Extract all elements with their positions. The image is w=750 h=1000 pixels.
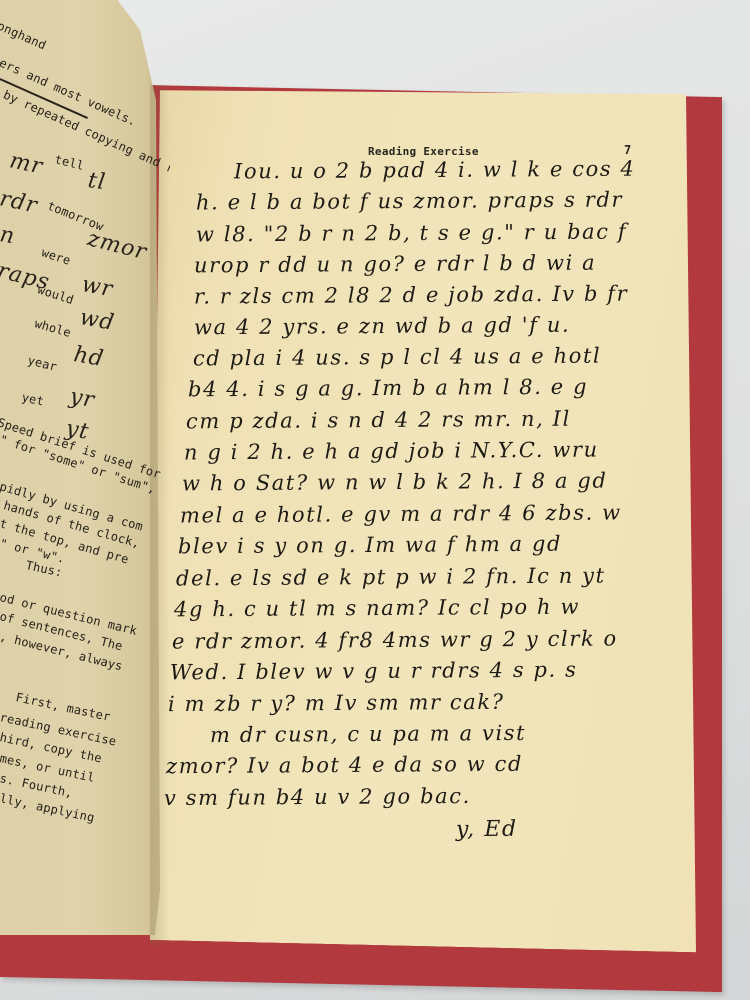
signoff-line: y, Ed [456, 817, 518, 842]
shorthand-word: mr [7, 148, 45, 179]
open-book: onghanders and most vowels.by repeated c… [0, 0, 750, 1000]
handwritten-line: h. e l b a bot f us zmor. praps s rdr [196, 188, 623, 215]
shorthand-word: hd [72, 342, 106, 372]
handwritten-line: 4g h. c u tl m s nam? Ic cl po h w [174, 595, 580, 622]
typed-line: onghand [0, 19, 48, 53]
shorthand-word: yr [68, 384, 97, 413]
handwritten-line: i m zb r y? m Iv sm mr cak? [168, 690, 505, 716]
handwritten-line: wa 4 2 yrs. e zn wd b a gd 'f u. [194, 313, 570, 340]
left-page-text: onghanders and most vowels.by repeated c… [0, 0, 170, 860]
handwritten-line: w l8. "2 b r n 2 b, t s e g." r u bac f [196, 219, 627, 246]
handwritten-line: blev i s y on g. Im wa f hm a gd [178, 532, 562, 559]
typed-line: lly, applying [0, 791, 96, 825]
handwritten-line: cd pla i 4 us. s p l cl 4 us a e hotl [193, 344, 601, 371]
handwritten-line: cm p zda. i s n d 4 2 rs mr. n, Il [186, 407, 571, 434]
shorthand-word: wd [78, 305, 117, 336]
handwritten-line: b4 4. i s g a g. Im b a hm l 8. e g [188, 375, 588, 402]
typed-line: yet [21, 390, 46, 408]
handwritten-line: n g i 2 h. e h a gd job i N.Y.C. wru [184, 438, 599, 465]
typed-line: tell [53, 152, 85, 173]
handwritten-line: Wed. I blev w v g u r rdrs 4 s p. s [170, 658, 578, 685]
handwritten-line: Iou. u o 2 b pad 4 i. w l k e cos 4 [234, 157, 636, 184]
typed-line: were [40, 245, 73, 267]
handwritten-line: urop r dd u n go? e rdr l b d wi a [194, 251, 596, 278]
shorthand-word: zmor [85, 226, 149, 265]
shorthand-word: tl [86, 168, 107, 195]
page-number: 7 [624, 143, 631, 157]
typed-line: whole [33, 316, 73, 340]
page-header-title: Reading Exercise [368, 145, 479, 158]
handwritten-line: mel a e hotl. e gv m a rdr 4 6 zbs. w [180, 500, 622, 527]
shorthand-word: n [0, 222, 17, 249]
typed-line: year [26, 353, 58, 374]
handwritten-line: zmor? Iv a bot 4 e da so w cd [166, 752, 523, 778]
shorthand-word: wr [80, 272, 115, 302]
typed-line: would [36, 282, 76, 307]
handwritten-line: del. e ls sd e k pt p w i 2 fn. Ic n yt [176, 564, 606, 591]
handwritten-line: e rdr zmor. 4 fr8 4ms wr g 2 y clrk o [172, 626, 618, 653]
shorthand-word: rdr [0, 186, 40, 218]
handwritten-line: w h o Sat? w n w l b k 2 h. I 8 a gd [182, 469, 608, 496]
handwritten-line: r. r zls cm 2 l8 2 d e job zda. Iv b fr [194, 281, 628, 308]
handwritten-line: m dr cusn, c u pa m a vist [210, 721, 526, 747]
handwritten-line: v sm fun b4 u v 2 go bac. [164, 784, 471, 810]
